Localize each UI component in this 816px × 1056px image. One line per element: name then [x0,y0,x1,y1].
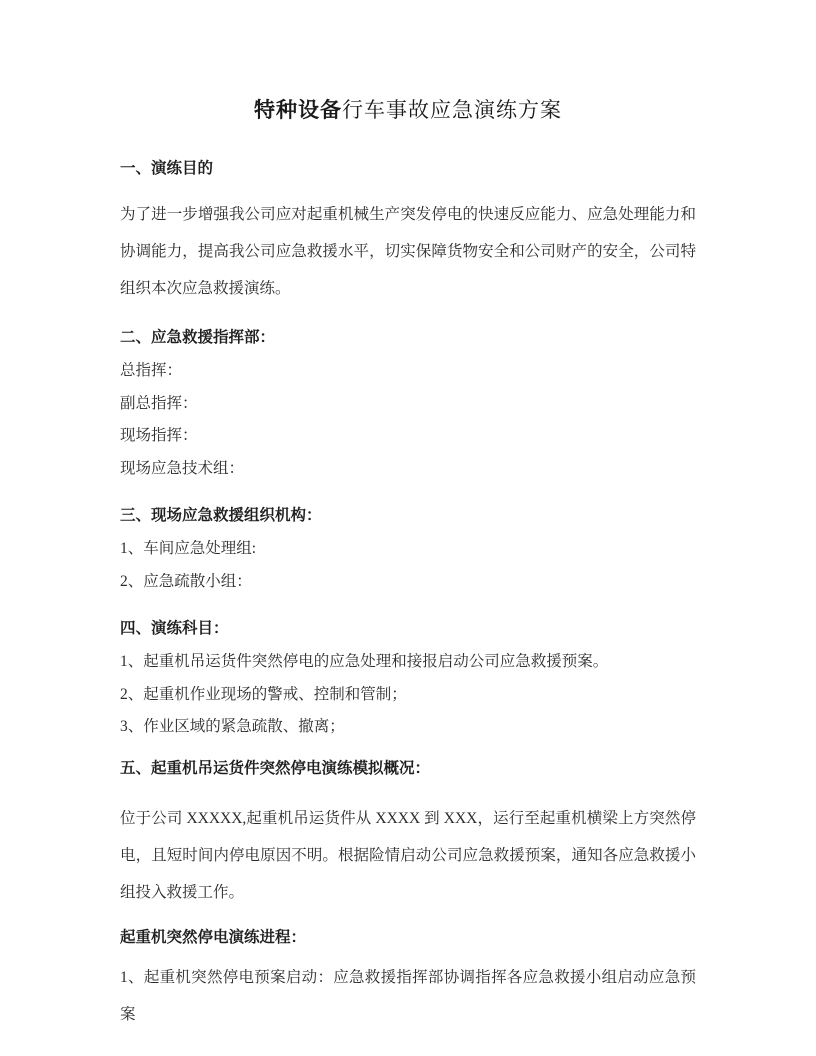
section-2-heading: 二、应急救援指挥部： [120,327,696,349]
section-3: 三、现场应急救援组织机构： 1、车间应急处理组: 2、应急疏散小组： [120,505,696,598]
doc-title: 特种设备行车事故应急演练方案 [120,96,696,124]
section-2: 二、应急救援指挥部： 总指挥： 副总指挥： 现场指挥： 现场应急技术组： [120,327,696,485]
section-5: 五、起重机吊运货件突然停电演练模拟概况： 位于公司 XXXXX,起重机吊运货件从… [120,758,696,911]
document-content: 特种设备行车事故应急演练方案 一、演练目的 为了进一步增强我公司应对起重机械生产… [0,0,816,1033]
document-page: 特种设备行车事故应急演练方案 一、演练目的 为了进一步增强我公司应对起重机械生产… [0,0,816,1056]
section-4-heading: 四、演练科目： [120,618,696,640]
section-2-item: 现场应急技术组： [120,453,696,486]
section-3-item: 1、车间应急处理组: [120,533,696,566]
section-6: 起重机突然停电演练进程： 1、起重机突然停电预案启动：应急救援指挥部协调指挥各应… [120,927,696,1033]
section-4-item: 1、起重机吊运货件突然停电的应急处理和接报启动公司应急救援预案。 [120,646,696,679]
section-5-heading: 五、起重机吊运货件突然停电演练模拟概况： [120,758,696,780]
section-4: 四、演练科目： 1、起重机吊运货件突然停电的应急处理和接报启动公司应急救援预案。… [120,618,696,744]
section-1: 一、演练目的 为了进一步增强我公司应对起重机械生产突发停电的快速反应能力、应急处… [120,158,696,307]
section-5-paragraph: 位于公司 XXXXX,起重机吊运货件从 XXXX 到 XXX，运行至起重机横梁上… [120,800,696,911]
section-1-paragraph: 为了进一步增强我公司应对起重机械生产突发停电的快速反应能力、应急处理能力和协调能… [120,196,696,307]
section-6-heading: 起重机突然停电演练进程： [120,927,696,949]
section-3-heading: 三、现场应急救援组织机构： [120,505,696,527]
section-4-item: 3、作业区域的紧急疏散、撤离； [120,711,696,744]
section-2-item: 总指挥： [120,355,696,388]
section-4-item: 2、起重机作业现场的警戒、控制和管制； [120,679,696,712]
doc-title-bold-part: 特种设备 [254,98,342,122]
section-1-heading: 一、演练目的 [120,158,696,180]
section-2-item: 副总指挥： [120,388,696,421]
section-2-item: 现场指挥： [120,420,696,453]
section-3-item: 2、应急疏散小组： [120,566,696,599]
doc-title-regular-part: 行车事故应急演练方案 [342,98,562,122]
section-6-paragraph: 1、起重机突然停电预案启动：应急救援指挥部协调指挥各应急救援小组启动应急预案 [120,959,696,1033]
